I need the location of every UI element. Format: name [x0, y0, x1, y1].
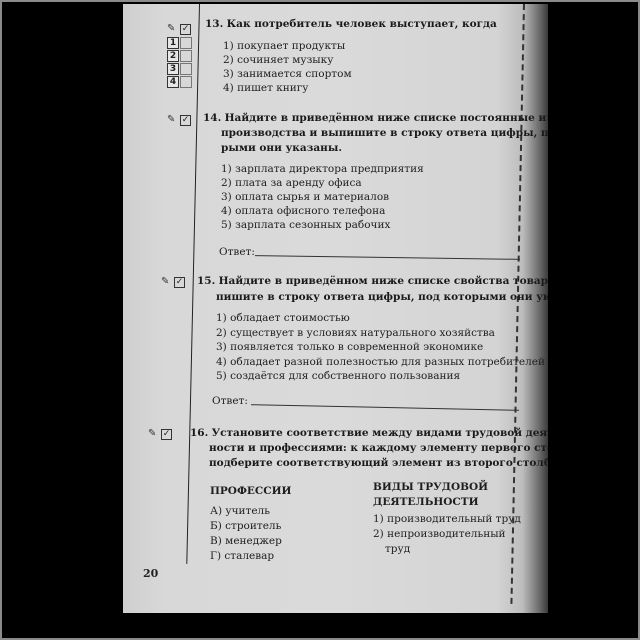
professions-header: ПРОФЕССИИ: [210, 484, 291, 498]
question-line: производства и выпишите в строку ответа …: [221, 126, 548, 141]
question-number: 14.: [203, 112, 221, 124]
page-number: 20: [143, 567, 158, 580]
question-line: ности и профессиями: к каждому элементу …: [209, 441, 548, 456]
profession-item: А) учитель: [210, 504, 270, 518]
answer-number-box-1: 1: [167, 37, 179, 49]
answer-checkbox-1[interactable]: [180, 37, 192, 49]
checkbox-checked-icon: ✓: [180, 115, 191, 126]
option: 1) зарплата директора предприятия: [221, 162, 424, 176]
answer-checkbox-2[interactable]: [180, 50, 192, 62]
option: 2) плата за аренду офиса: [221, 176, 362, 190]
pencil-icon: ✎: [167, 23, 175, 34]
answer-number-box-4: 4: [167, 76, 179, 88]
pencil-icon: ✎: [148, 428, 156, 439]
work-types-header-line2: ДЕЯТЕЛЬНОСТИ: [373, 495, 479, 509]
option: 5) создаётся для собственного пользовани…: [216, 369, 460, 383]
option: 3) появляется только в современной эконо…: [216, 340, 483, 354]
option: 2) сочиняет музыку: [223, 53, 333, 67]
option: 4) обладает разной полезностью для разны…: [216, 355, 545, 369]
question-line: Как потребитель человек выступает, когда: [227, 18, 497, 30]
question-number: 15.: [197, 275, 215, 287]
option: 1) покупает продукты: [223, 39, 345, 53]
question-line: Установите соответствие между видами тру…: [212, 427, 548, 439]
question-15-text: 15. Найдите в приведённом ниже списке св…: [197, 274, 548, 289]
pencil-icon: ✎: [161, 276, 169, 287]
option: 4) пишет книгу: [223, 81, 308, 95]
answer-number-box-3: 3: [167, 63, 179, 75]
workbook-page: ✎ ✓ 1 2 3 4 13. Как потребитель человек …: [123, 4, 548, 613]
option: 2) существует в условиях натурального хо…: [216, 326, 495, 340]
answer-input-line[interactable]: [255, 255, 520, 260]
answer-label: Ответ:: [212, 394, 248, 408]
option: 4) оплата офисного телефона: [221, 204, 385, 218]
question-line: Найдите в приведённом ниже списке свойст…: [219, 275, 548, 287]
option: 1) обладает стоимостью: [216, 311, 350, 325]
checkbox-checked-icon: ✓: [161, 429, 172, 440]
answer-checkbox-3[interactable]: [180, 63, 192, 75]
work-type-item: 2) непроизводительный: [373, 527, 506, 541]
profession-item: Г) сталевар: [210, 549, 274, 563]
pencil-icon: ✎: [167, 114, 175, 125]
option: 3) оплата сырья и материалов: [221, 190, 389, 204]
checkbox-checked-icon: ✓: [180, 24, 191, 35]
question-number: 13.: [205, 18, 223, 30]
profession-item: Б) строитель: [210, 519, 281, 533]
option: 5) зарплата сезонных рабочих: [221, 218, 390, 232]
work-types-header-line1: ВИДЫ ТРУДОВОЙ: [373, 480, 488, 494]
profession-item: В) менеджер: [210, 534, 282, 548]
question-line: подберите соответствующий элемент из вто…: [209, 456, 548, 471]
question-16-text: 16. Установите соответствие между видами…: [190, 426, 548, 441]
work-type-item: труд: [385, 542, 410, 556]
question-line: Найдите в приведённом ниже списке постоя…: [225, 112, 548, 124]
answer-label: Ответ:: [219, 245, 255, 259]
question-number: 16.: [190, 427, 208, 439]
question-line: пишите в строку ответа цифры, под которы…: [216, 290, 548, 305]
answer-input-line[interactable]: [251, 404, 519, 411]
question-line: рыми они указаны.: [221, 141, 342, 156]
option: 3) занимается спортом: [223, 67, 352, 81]
question-14-text: 14. Найдите в приведённом ниже списке по…: [203, 111, 548, 126]
work-type-item: 1) производительный труд: [373, 512, 521, 526]
answer-number-box-2: 2: [167, 50, 179, 62]
answer-checkbox-4[interactable]: [180, 76, 192, 88]
question-13-text: 13. Как потребитель человек выступает, к…: [205, 17, 497, 32]
checkbox-checked-icon: ✓: [174, 277, 185, 288]
